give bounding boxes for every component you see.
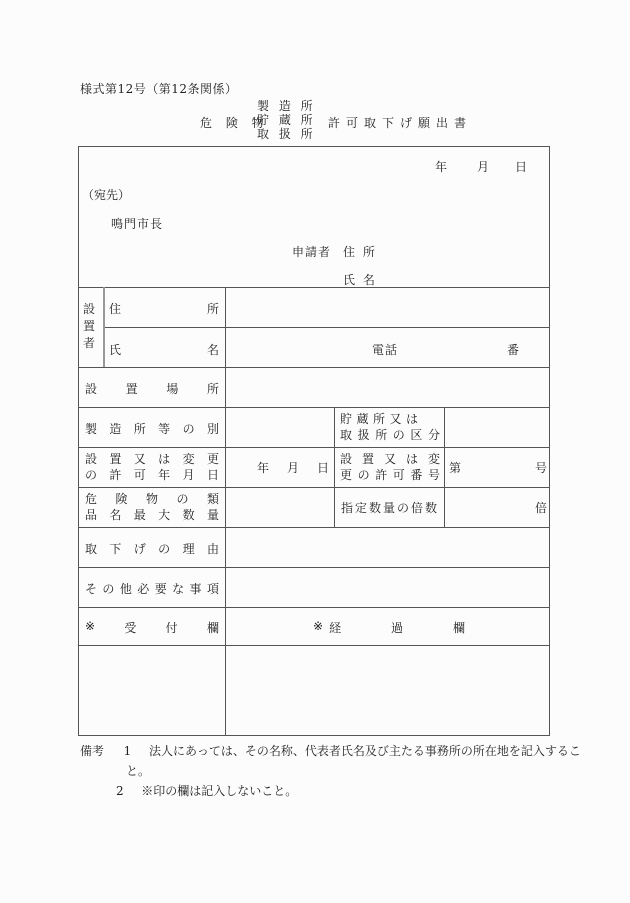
divider — [79, 287, 549, 288]
installer-name-label: 氏 名 — [109, 341, 219, 358]
note-number: 2 — [116, 784, 124, 798]
reception-label: ※ 受 付 欄 — [85, 619, 219, 636]
storage-class-label: 貯 蔵 所 又 は 取 扱 所 の 区 分 — [340, 411, 440, 443]
title-stack-manufacture: 製 造 所 — [257, 99, 316, 113]
multiple-suffix: 倍 — [535, 499, 547, 516]
divider — [79, 567, 549, 568]
phone-suffix: 番 — [507, 341, 519, 358]
date-year-label: 年 — [435, 158, 447, 175]
other-matters-label: そ の 他 必 要 な 事 項 — [85, 580, 219, 597]
divider — [79, 407, 549, 408]
applicant-address-label: 住 所 — [343, 243, 377, 260]
note-item-2: 2 ※印の欄は記入しないこと。 — [80, 781, 581, 801]
divider — [79, 645, 549, 646]
multiple-label: 指定数量の倍数 — [341, 499, 439, 516]
addressee: 鳴門市長 — [111, 215, 163, 232]
applicant-label: 申請者 — [292, 243, 331, 260]
title-withdrawal-request: 許可取下げ願出書 — [328, 114, 472, 131]
installer-address-label: 住 所 — [109, 300, 219, 317]
form-table: 年 月 日 （宛先） 鳴門市長 申請者 住 所 氏 名 設 置 者 住 所 氏 … — [78, 146, 550, 736]
notes: 備考 1 法人にあっては、その名称、代表者氏名及び主たる事務所の所在地を記入する… — [80, 741, 581, 801]
installation-site-label: 設 置 場 所 — [85, 380, 219, 397]
title-stack-handling: 取 扱 所 — [257, 127, 316, 141]
hazmat-label: 危 険 物 の 類 品 名 最 大 数 量 — [85, 491, 219, 523]
note-text: 法人にあっては、その名称、代表者氏名及び主たる事務所の所在地を記入するこ — [149, 744, 581, 758]
withdrawal-reason-label: 取 下 げ の 理 由 — [85, 540, 219, 557]
permit-date-value[interactable]: 年 月 日 — [257, 459, 329, 476]
progress-label: ※ 経 過 欄 — [313, 619, 465, 636]
facility-type-label: 製 造 所 等 の 別 — [85, 420, 219, 437]
note-item-1-continuation: と。 — [80, 761, 581, 781]
divider — [79, 367, 549, 368]
permit-number-suffix: 号 — [535, 459, 547, 476]
divider — [79, 487, 549, 488]
permit-number-prefix: 第 — [449, 459, 461, 476]
date-day-label: 日 — [515, 158, 527, 175]
divider — [103, 287, 105, 367]
form-number: 様式第12号（第12条関係） — [80, 80, 238, 97]
date-month-label: 月 — [477, 158, 489, 175]
title-facility-stack: 製 造 所 貯 蔵 所 取 扱 所 — [257, 99, 316, 141]
notes-label: 備考 — [80, 744, 104, 758]
divider — [225, 287, 226, 735]
divider — [334, 407, 335, 527]
divider — [444, 407, 445, 527]
note-number: 1 — [124, 744, 132, 758]
note-text: ※印の欄は記入しないこと。 — [141, 784, 297, 798]
phone-label: 電話 — [372, 341, 398, 358]
divider — [79, 607, 549, 608]
installer-group-label: 設 置 者 — [83, 301, 95, 352]
applicant-name-label: 氏 名 — [343, 271, 377, 288]
permit-date-label: 設 置 又 は 変 更 の 許 可 年 月 日 — [85, 451, 219, 483]
divider — [79, 527, 549, 528]
title-stack-storage: 貯 蔵 所 — [257, 113, 316, 127]
divider — [103, 327, 549, 328]
permit-number-label: 設 置 又 は 変 更 の 許 可 番 号 — [340, 451, 440, 483]
addressee-label: （宛先） — [82, 186, 130, 203]
divider — [79, 447, 549, 448]
note-item-1: 備考 1 法人にあっては、その名称、代表者氏名及び主たる事務所の所在地を記入する… — [80, 741, 581, 761]
